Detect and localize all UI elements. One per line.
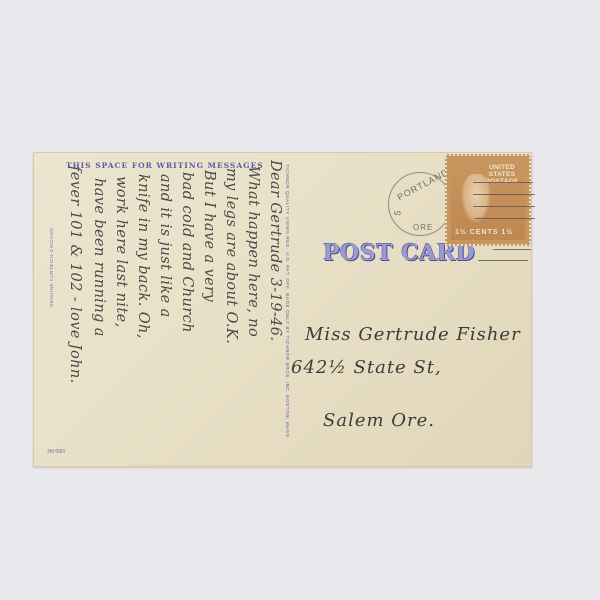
message-line: What happen here, no [245, 166, 261, 337]
message-line: and it is just like a [157, 174, 173, 318]
postmark-state: ORE [413, 223, 433, 232]
postcard: THIS SPACE FOR WRITING MESSAGES TICHNOR … [33, 152, 532, 467]
postmark-city: PORTLAND [396, 167, 451, 203]
message-line: But I have a very [201, 170, 217, 302]
message-line: bad cold and Church [179, 172, 195, 333]
address-city: Salem Ore. [323, 410, 435, 431]
stamp-denomination: 1½ CENTS 1½ [455, 229, 513, 236]
handwritten-message: Dear Gertrude 3-19-46. What happen here,… [53, 160, 293, 460]
postmark: PORTLAND 5 ORE [388, 172, 452, 236]
message-line: Dear Gertrude 3-19-46. [267, 160, 283, 341]
stamp-face: UNITED STATES POSTAGE 1½ CENTS 1½ [451, 160, 525, 240]
postmark-number: 5 [392, 210, 403, 217]
cancellation-line [478, 260, 528, 261]
message-line: my legs are about O.K. [223, 168, 239, 344]
message-line: have been running a [91, 178, 107, 337]
message-line: knife in my back. Oh, [135, 174, 151, 339]
address-name: Miss Gertrude Fisher [305, 324, 521, 345]
address-street: 642½ State St, [291, 357, 442, 378]
cancellation-line [493, 249, 531, 250]
postage-stamp: UNITED STATES POSTAGE 1½ CENTS 1½ [445, 154, 531, 246]
message-line: work here last nite, [113, 176, 129, 328]
message-line: fever 101 & 102 - love John. [67, 166, 83, 384]
